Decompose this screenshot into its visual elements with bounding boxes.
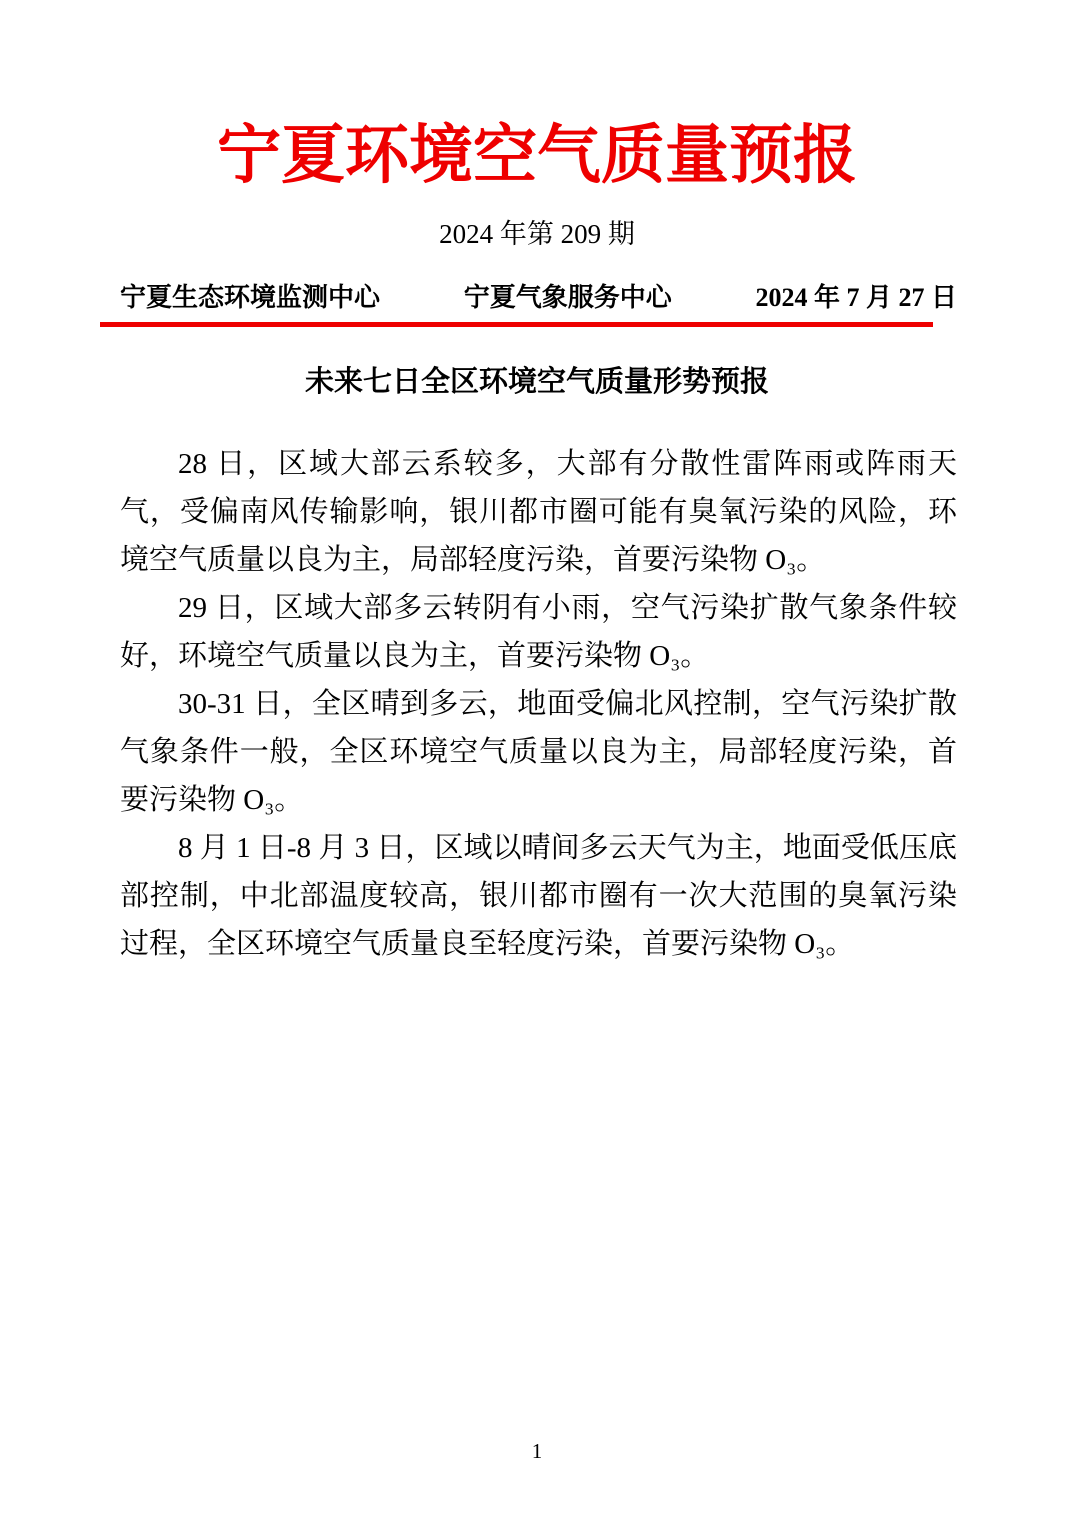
red-divider-line bbox=[100, 322, 933, 327]
section-title: 未来七日全区环境空气质量形势预报 bbox=[0, 359, 1074, 400]
page-number: 1 bbox=[0, 1439, 1074, 1464]
forecast-paragraph-day30-31: 30-31 日，全区晴到多云，地面受偏北风控制，空气污染扩散气象条件一般，全区环… bbox=[120, 680, 957, 824]
issue-number: 2024 年第 209 期 bbox=[0, 212, 1074, 251]
forecast-paragraph-aug1-3: 8 月 1 日-8 月 3 日，区域以晴间多云天气为主，地面受低压底部控制，中北… bbox=[120, 824, 957, 968]
forecast-body: 28 日，区域大部云系较多，大部有分散性雷阵雨或阵雨天气，受偏南风传输影响，银川… bbox=[120, 440, 957, 968]
issue-date: 2024 年 7 月 27 日 bbox=[755, 277, 957, 314]
document-page: 宁夏环境空气质量预报 2024 年第 209 期 宁夏生态环境监测中心 宁夏气象… bbox=[0, 0, 1074, 1520]
document-title: 宁夏环境空气质量预报 bbox=[0, 0, 1074, 192]
forecast-paragraph-day28: 28 日，区域大部云系较多，大部有分散性雷阵雨或阵雨天气，受偏南风传输影响，银川… bbox=[120, 440, 957, 584]
issuer-meteorological-center: 宁夏气象服务中心 bbox=[464, 277, 672, 314]
forecast-paragraph-day29: 29 日，区域大部多云转阴有小雨，空气污染扩散气象条件较好，环境空气质量以良为主… bbox=[120, 584, 957, 680]
issuer-environment-center: 宁夏生态环境监测中心 bbox=[120, 277, 380, 314]
masthead-row: 宁夏生态环境监测中心 宁夏气象服务中心 2024 年 7 月 27 日 bbox=[120, 277, 957, 314]
